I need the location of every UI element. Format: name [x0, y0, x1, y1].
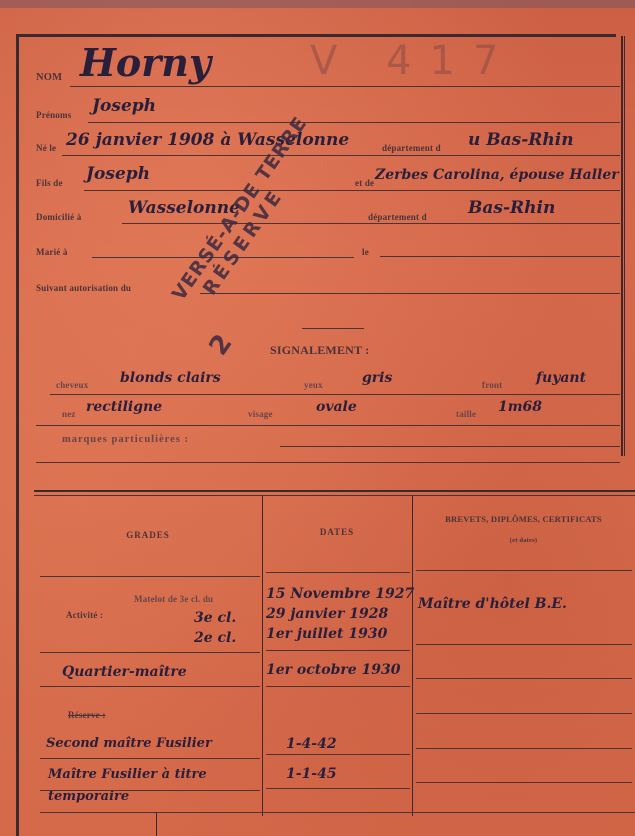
- front-value: fuyant: [536, 370, 586, 386]
- frame-border-right: [621, 36, 623, 456]
- grade-row-5: Second maître Fusilier: [46, 736, 212, 751]
- date-rule-3: [266, 754, 410, 755]
- printed-grade: Matelot de 3e cl. du: [134, 594, 213, 604]
- brevet-entry-1: Maître d'hôtel B.E.: [418, 596, 567, 612]
- ne-le-label: Né le: [36, 143, 56, 153]
- mere-value: Zerbes Carolina, épouse Haller: [375, 167, 619, 183]
- mere-label: et de: [355, 178, 374, 188]
- yeux-value: gris: [362, 370, 392, 386]
- date-rule-1: [266, 650, 410, 651]
- signalement-line-1: [50, 394, 620, 395]
- brevets-header-rule: [416, 570, 632, 571]
- marques-line: [280, 446, 620, 447]
- grade-row-2: 3e cl.: [194, 610, 236, 626]
- nom-label: NOM: [36, 72, 62, 83]
- lower-divider: [156, 812, 157, 836]
- brevets-rule-5: [416, 782, 632, 783]
- short-rule: [302, 328, 364, 329]
- prenoms-line: [88, 122, 620, 123]
- grade-row-4: Quartier-maître: [62, 664, 187, 680]
- prenoms-value: Joseph: [92, 96, 156, 116]
- taille-label: taille: [456, 409, 476, 419]
- fils-de-value: Joseph: [86, 164, 150, 184]
- pencil-reference: V 417: [310, 38, 516, 84]
- signalement-line-3: [36, 462, 620, 463]
- table-top-rule-2: [34, 495, 635, 496]
- front-label: front: [482, 380, 502, 390]
- date-row-6: 1-1-45: [286, 766, 337, 782]
- cheveux-label: cheveux: [56, 380, 88, 390]
- grade-rule-1: [40, 652, 260, 653]
- header-brevets: BREVETS, DIPLÔMES, CERTIFICATS: [412, 514, 635, 524]
- grade-row-6: Maître Fusilier à titre temporaire: [48, 764, 248, 808]
- brevets-rule-1: [416, 644, 632, 645]
- signalement-line-2: [36, 425, 620, 426]
- activite-label: Activité :: [66, 610, 103, 620]
- grade-rule-4: [40, 790, 260, 791]
- marie-le-label: le: [362, 247, 369, 257]
- departement-value: u Bas-Rhin: [468, 130, 574, 150]
- marques-label: marques particulières :: [62, 434, 189, 445]
- record-card: V 417 NOM Horny Prénoms Joseph Né le 26 …: [0, 0, 635, 836]
- scan-edge: [0, 0, 635, 8]
- date-row-4: 1er octobre 1930: [266, 662, 400, 678]
- header-dates: DATES: [262, 527, 412, 537]
- departement-label: département d: [382, 143, 441, 153]
- signalement-title: SIGNALEMENT :: [270, 343, 369, 358]
- brevets-rule-2: [416, 678, 632, 679]
- frame-border-left: [16, 36, 19, 836]
- col-divider-2: [412, 496, 413, 816]
- nom-line: [70, 86, 620, 87]
- fils-de-label: Fils de: [36, 178, 63, 188]
- grade-rule-2: [40, 686, 260, 687]
- domicilie-label: Domicilié à: [36, 212, 81, 222]
- header-brevets-sub: (et dates): [412, 537, 635, 544]
- date-row-3: 1er juillet 1930: [266, 626, 387, 642]
- marie-label: Marié à: [36, 247, 68, 257]
- visage-label: visage: [248, 409, 273, 419]
- date-rule-4: [266, 788, 410, 789]
- autorisation-line: [200, 293, 620, 294]
- frame-border-right-inner: [624, 36, 625, 456]
- marie-le-line: [380, 256, 620, 257]
- nez-value: rectiligne: [86, 399, 162, 415]
- frame-border-top: [16, 34, 616, 37]
- ne-le-line: [62, 155, 620, 156]
- domicilie-dept-value: Bas-Rhin: [468, 198, 555, 218]
- nez-label: nez: [62, 409, 76, 419]
- struck-label: Réserve :: [68, 710, 106, 720]
- prenoms-label: Prénoms: [36, 110, 71, 120]
- autorisation-label: Suivant autorisation du: [36, 283, 131, 293]
- stamp-number: 2: [204, 329, 239, 361]
- date-row-5: 1-4-42: [286, 736, 337, 752]
- dates-header-rule: [266, 572, 410, 573]
- date-row-1: 15 Novembre 1927: [266, 586, 414, 602]
- header-grades: GRADES: [34, 530, 262, 540]
- nom-value: Horny: [80, 40, 211, 85]
- date-rule-2: [266, 686, 410, 687]
- taille-value: 1m68: [498, 399, 542, 415]
- brevets-rule-3: [416, 713, 632, 714]
- col-divider-1: [262, 496, 263, 816]
- fils-de-line: [84, 190, 620, 191]
- yeux-label: yeux: [304, 380, 323, 390]
- brevets-rule-4: [416, 748, 632, 749]
- domicilie-line: [122, 223, 620, 224]
- table-bottom-rule: [40, 812, 635, 813]
- grade-rule-3: [40, 758, 260, 759]
- cheveux-value: blonds clairs: [120, 370, 221, 386]
- table-top-rule: [34, 490, 635, 492]
- domicilie-dept-label: département d: [368, 212, 427, 222]
- grades-header-rule: [40, 576, 260, 577]
- grade-row-3: 2e cl.: [194, 630, 236, 646]
- visage-value: ovale: [316, 399, 357, 415]
- date-row-2: 29 janvier 1928: [266, 606, 388, 622]
